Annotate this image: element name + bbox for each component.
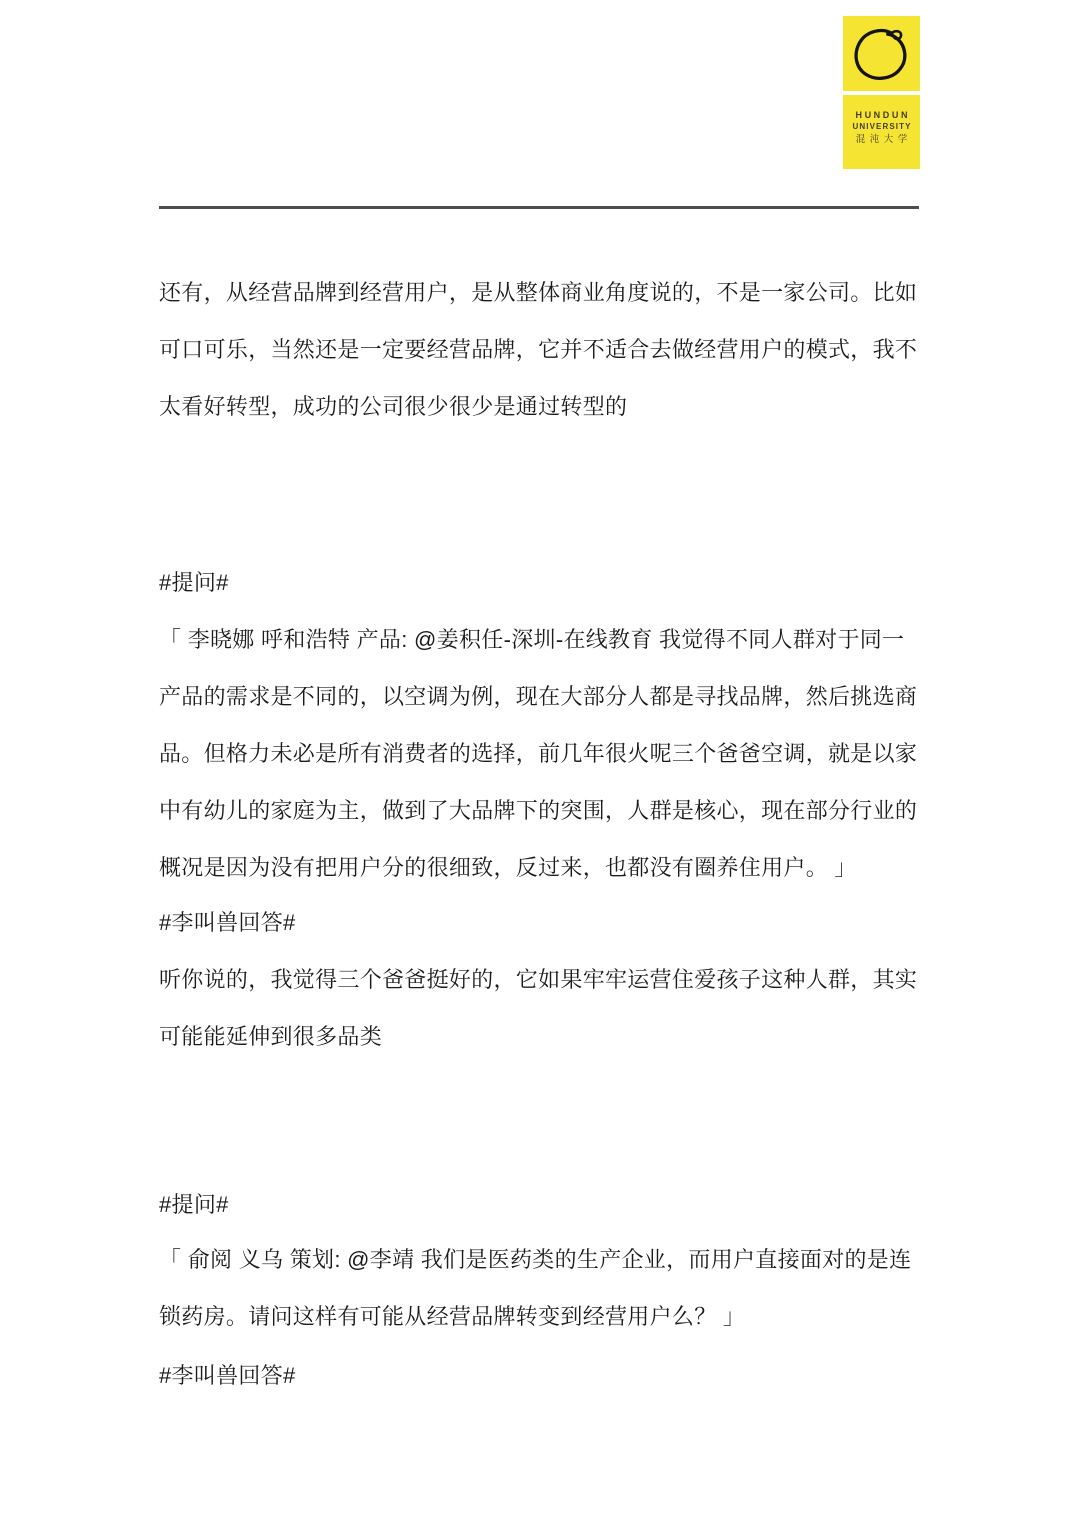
question-2-text: 「 俞阅 义乌 策划: @李靖 我们是医药类的生产企业，而用户直接面对的是连 锁… [159,1231,944,1345]
question-tag-2: #提问# [159,1176,944,1233]
hundun-university-logo: HUNDUN UNIVERSITY 混沌大学 [843,16,920,169]
brush-circle-icon [843,16,920,91]
answer-1-text: 听你说的，我觉得三个爸爸挺好的，它如果牢牢运营住爱孩子这种人群，其实 可能能延伸… [159,951,944,1065]
answer-tag-1: #李叫兽回答# [159,894,944,951]
answer-tag-2: #李叫兽回答# [159,1347,944,1404]
question-1-text: 「 李晓娜 呼和浩特 产品: @姜积任-深圳-在线教育 我觉得不同人群对于同一 … [159,611,944,896]
logo-text-university: UNIVERSITY [851,121,911,133]
header-divider [159,206,919,209]
logo-wordmark: HUNDUN UNIVERSITY 混沌大学 [843,95,920,169]
logo-text-chinese: 混沌大学 [851,133,912,147]
document-page: HUNDUN UNIVERSITY 混沌大学 还有，从经营品牌到经营用户，是从整… [0,0,1080,1528]
logo-text-hundun: HUNDUN [853,109,910,121]
question-tag-1: #提问# [159,554,944,611]
brush-circle-svg [849,21,915,87]
intro-paragraph: 还有，从经营品牌到经营用户，是从整体商业角度说的，不是一家公司。比如 可口可乐，… [159,264,944,435]
